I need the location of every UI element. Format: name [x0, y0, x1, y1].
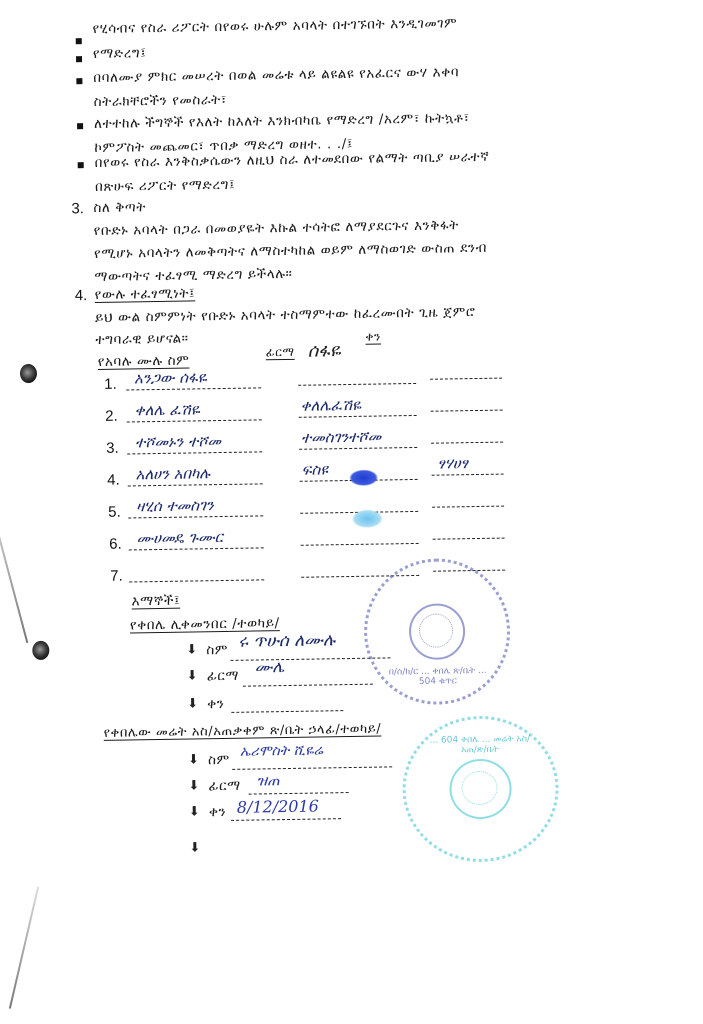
name-line	[127, 419, 262, 422]
member-date: ፃሃሀፃ	[437, 454, 468, 472]
signature-line	[298, 383, 416, 386]
bullet-2-line-2: ስትራክቸሮችን የመስራት፣	[94, 92, 228, 110]
header-full-name: የአባሉ ሙሉ ስም	[98, 353, 190, 370]
bullet-icon	[76, 78, 82, 84]
name-line	[127, 451, 262, 454]
bullet-3-line-1: ለተተከሉ ችግኞች የእለት ከእለት እንክብካቤ የማድረግ /አረም፣ …	[94, 110, 470, 132]
handwritten-signature: ሰፋዬ	[307, 340, 340, 362]
section-line: ማውጣትና ተፈፃሚ ማድረግ ይችላሉ።	[94, 266, 292, 285]
down-arrow-icon: ⬇	[188, 778, 199, 793]
date-line	[431, 410, 503, 412]
date-line	[231, 710, 343, 713]
bullet-icon	[76, 38, 82, 44]
thumbprint-icon	[350, 470, 378, 486]
land-office-stamp: ... 604 ቀበሌ ... መሬት አስ/አጠ/ጽ/ቤት	[401, 715, 559, 863]
field-label: ስም	[206, 642, 228, 658]
member-name: ዛሂሰ ተመስገን	[136, 496, 214, 515]
page-edge-shadow	[0, 498, 28, 643]
member-signature: ቀለሌፈሽዬ	[300, 396, 361, 415]
bullet-icon	[76, 56, 82, 62]
section-number: 4.	[75, 287, 88, 304]
signature-line	[299, 415, 417, 418]
date-line	[432, 506, 504, 508]
signature-line	[232, 766, 392, 770]
date-line	[430, 378, 502, 380]
binder-hole-icon	[20, 364, 37, 383]
binder-hole-icon	[32, 641, 49, 660]
section-title: የውሉ ተፈፃሚነት፤	[95, 285, 196, 303]
witnesses-title: እማኞች፤	[131, 593, 180, 610]
down-arrow-icon: ⬇	[186, 642, 197, 657]
down-arrow-icon: ⬇	[189, 840, 200, 855]
table-row: 5.ዛሂሰ ተመስገን	[0, 0, 695, 6]
member-name: ቀለሌ ፈሽዬ	[134, 400, 200, 419]
kebele-chair-name: ሩ ጥሁሰ ለሙሉ	[238, 630, 335, 652]
table-row: 6.ሙሀመዴ ጉሙር	[0, 0, 695, 6]
section-penalty: 3. ስለ ቅጣት የቡድኑ አባላት በጋራ በመወያዬት እኩል ተሳትፎ …	[0, 0, 695, 6]
header-date: ቀን	[365, 329, 381, 344]
table-row: 1.አንጋው ሰፋዬ	[0, 0, 695, 6]
land-office-date: 8/12/2016	[237, 797, 319, 817]
page-edge-shadow	[9, 887, 39, 1009]
name-line	[128, 515, 263, 518]
section-effectiveness: 4. የውሉ ተፈፃሚነት፤ ይህ ውል ስምምነት የቡድኑ አባላት ተስማ…	[0, 0, 695, 6]
down-arrow-icon: ⬇	[187, 696, 198, 711]
table-row: 4.አለሀን አበካሉፍስዩፃሃሀፃ	[0, 0, 695, 6]
row-number: 4.	[107, 472, 120, 489]
bullet-1-line-2: የማድረግ፤	[93, 45, 147, 62]
signature-line	[243, 684, 373, 687]
section-title: ስለ ቅጣት	[93, 199, 146, 216]
signature-line	[299, 447, 417, 450]
down-arrow-icon: ⬇	[189, 804, 200, 819]
name-line	[126, 387, 261, 390]
member-signature: ፍስዩ	[301, 460, 328, 478]
date-line	[431, 442, 503, 444]
field-label: ቀን	[209, 804, 227, 820]
table-row: 7.	[0, 0, 695, 6]
bullet-2-line-1: በባለሙያ ምክር መሠረት በወል መሬቱ ላይ ልዩልዩ የአፈርና ውሃ …	[93, 64, 459, 86]
section-line: ይህ ውል ስምምነት የቡድኑ አባላት ተስማምተው ከፈረሙበት ጊዜ ጀ…	[95, 304, 476, 326]
signature-line	[301, 543, 419, 546]
row-number: 6.	[109, 536, 122, 553]
member-name: አለሀን አበካሉ	[135, 464, 210, 483]
name-line	[128, 483, 263, 486]
bullet-icon	[77, 123, 83, 129]
land-office-name: ኤሪሞስት ሺዬሬ	[240, 742, 323, 759]
row-number: 1.	[104, 376, 117, 393]
row-number: 5.	[108, 504, 121, 521]
members-table: የአባሉ ሙሉ ስም ፊርማ ቀን ሰፋዬ 1.አንጋው ሰፋዬ2.ቀለሌ ፈሽ…	[0, 0, 695, 6]
member-name: ሙሀመዴ ጉሙር	[136, 528, 223, 547]
bullet-1-line-1: የሂሳብና የስራ ሪፖርት በየወሩ ሁሉም አባላት በተገኙበት እንዲገ…	[92, 15, 457, 37]
member-name: ተሾመኑን ተሾመ	[135, 432, 221, 451]
field-label: ፊርማ	[208, 778, 241, 795]
name-line	[129, 579, 264, 582]
section-number: 3.	[71, 200, 84, 217]
section-line: ተግባራዊ ይሆናል።	[95, 331, 188, 348]
table-row: 3.ተሾመኑን ተሾመተመስገንተሾመ	[0, 0, 695, 6]
date-line	[433, 538, 505, 540]
row-number: 7.	[110, 568, 123, 585]
land-office-title: የቀበሌው መሬት አስ/አጠቃቀም ጽ/ቤት ኃላፊ/ተወካይ/	[104, 722, 382, 741]
signature-line	[249, 792, 349, 795]
down-arrow-icon: ⬇	[187, 668, 198, 683]
kebele-stamp: በ/ሰ/ክ/ር ... ቀበሌ ጽ/ቤት ... 504 ቁጥር	[363, 558, 511, 706]
land-office-signature: ዝጠ	[256, 771, 280, 789]
down-arrow-icon: ⬇	[188, 752, 199, 767]
section-line: የሚሆኑ አባላትን ለመቅጣትና ለማስተካከል ወይም ለማስወገድ ውስጠ…	[94, 240, 487, 262]
date-line	[231, 818, 341, 821]
field-label: ቀን	[207, 696, 225, 712]
section-line: የቡድኑ አባላት በጋራ በመወያዬት እኩል ተሳትፎ ለማያደርጉና እን…	[94, 217, 459, 239]
stamp-text: ... 604 ቀበሌ ... መሬት አስ/አጠ/ጽ/ቤት	[427, 734, 533, 756]
member-name: አንጋው ሰፋዬ	[134, 368, 207, 387]
bullet-icon	[78, 162, 84, 168]
member-signature: ተመስገንተሾመ	[301, 428, 382, 447]
field-label: ስም	[208, 752, 230, 768]
stamp-text: በ/ሰ/ክ/ር ... ቀበሌ ጽ/ቤት ... 504 ቁጥር	[388, 666, 488, 688]
scanned-page: የሂሳብና የስራ ሪፖርት በየወሩ ሁሉም አባላት በተገኙበት እንዲገ…	[0, 0, 703, 1024]
bullet-list: የሂሳብና የስራ ሪፖርት በየወሩ ሁሉም አባላት በተገኙበት እንዲገ…	[0, 0, 695, 6]
witnesses-section: እማኞች፤ የቀበሌ ሊቀመንበር /ተወካይ/ ⬇ ስም ሩ ጥሁሰ ለሙሉ …	[0, 0, 695, 6]
field-label: ፊርማ	[207, 668, 240, 685]
date-line	[432, 474, 504, 476]
table-row: 2.ቀለሌ ፈሽዬቀለሌፈሽዬ	[0, 0, 695, 6]
name-line	[129, 547, 264, 550]
row-number: 3.	[106, 440, 119, 457]
kebele-chair-signature: ሙሌ	[254, 657, 284, 677]
thumbprint-icon	[352, 509, 382, 527]
row-number: 2.	[105, 408, 118, 425]
bullet-4-line-2: በጽሁፍ ሪፖርት የማድረግ፤	[95, 177, 235, 195]
header-signature: ፊርማ	[266, 345, 295, 360]
